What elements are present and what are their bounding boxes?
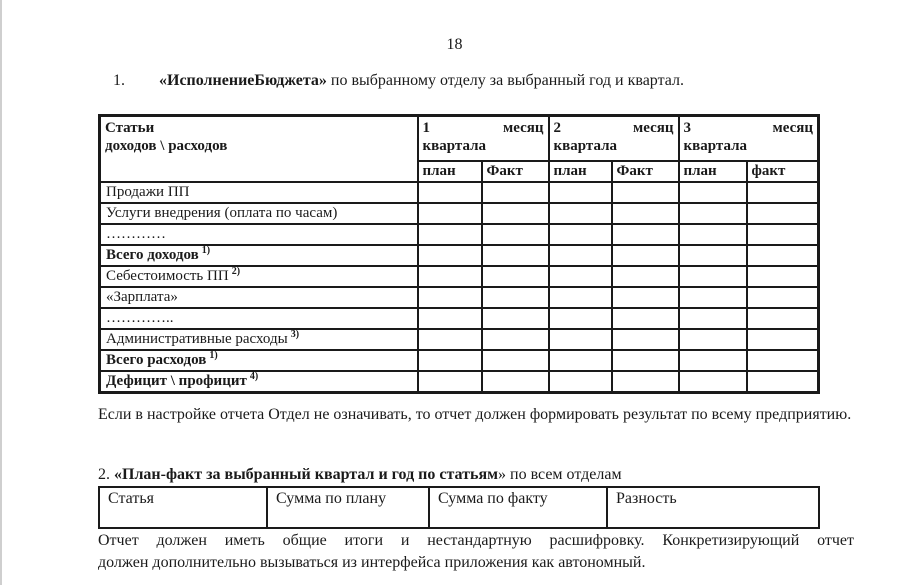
value-cell	[482, 308, 549, 329]
value-cell	[418, 350, 482, 371]
value-cell	[549, 308, 612, 329]
value-cell	[612, 203, 679, 224]
page-edge	[0, 0, 2, 585]
value-cell	[549, 224, 612, 245]
value-cell	[418, 371, 482, 393]
month-2-word: месяц	[633, 119, 673, 137]
value-cell	[747, 329, 819, 350]
table-row: Дефицит \ профицит4)	[100, 371, 819, 393]
value-cell	[418, 266, 482, 287]
value-cell	[679, 308, 747, 329]
section1-number: 1.	[113, 72, 159, 90]
row-label: Всего доходов1)	[100, 245, 418, 266]
table-row: …………..	[100, 308, 819, 329]
header-m1-plan: план	[418, 161, 482, 182]
value-cell	[747, 287, 819, 308]
footnote-marker: 3)	[291, 329, 299, 340]
value-cell	[679, 203, 747, 224]
value-cell	[747, 224, 819, 245]
table-row: …………	[100, 224, 819, 245]
table-row: Услуги внедрения (оплата по часам)	[100, 203, 819, 224]
value-cell	[482, 224, 549, 245]
value-cell	[747, 371, 819, 393]
table-row: Административные расходы3)	[100, 329, 819, 350]
value-cell	[549, 329, 612, 350]
value-cell	[418, 203, 482, 224]
month-1-word: месяц	[503, 119, 543, 137]
footnote-marker: 1)	[209, 350, 217, 361]
header-m1-fact: Факт	[482, 161, 549, 182]
value-cell	[747, 266, 819, 287]
value-cell	[747, 308, 819, 329]
value-cell	[549, 245, 612, 266]
value-cell	[679, 371, 747, 393]
section1-note: Если в настройке отчета Отдел не означив…	[98, 404, 858, 426]
value-cell	[482, 371, 549, 393]
section2-note-line1: Отчет должен иметь общие итоги и нестанд…	[98, 530, 854, 552]
value-cell	[747, 203, 819, 224]
value-cell	[679, 224, 747, 245]
section1-title-bold: «ИсполнениеБюджета»	[159, 72, 327, 89]
value-cell	[549, 287, 612, 308]
row-label-text: Продажи ПП	[106, 184, 190, 200]
value-cell	[679, 245, 747, 266]
month-3-num: 3	[684, 119, 692, 137]
header-m3-plan: план	[679, 161, 747, 182]
section2-title-rest: » по всем отделам	[498, 466, 622, 483]
row-label: Услуги внедрения (оплата по часам)	[100, 203, 418, 224]
header-items: Статьи доходов \ расходов	[100, 116, 418, 183]
row-label: Продажи ПП	[100, 182, 418, 203]
row-label: «Зарплата»	[100, 287, 418, 308]
row-label-text: Административные расходы	[106, 331, 288, 347]
month-3-word: месяц	[773, 119, 813, 137]
value-cell	[482, 245, 549, 266]
value-cell	[482, 287, 549, 308]
value-cell	[549, 266, 612, 287]
value-cell	[549, 203, 612, 224]
value-cell	[747, 182, 819, 203]
value-cell	[482, 350, 549, 371]
header-fact-sum: Сумма по факту	[429, 487, 607, 528]
value-cell	[482, 329, 549, 350]
header-month-1: 1месяц квартала	[418, 116, 549, 161]
value-cell	[482, 266, 549, 287]
page-number: 18	[0, 36, 909, 54]
row-label-text: Услуги внедрения (оплата по часам)	[106, 205, 337, 221]
header-month-3: 3месяц квартала	[679, 116, 819, 161]
row-label: Дефицит \ профицит4)	[100, 371, 418, 393]
header-items-line1: Статьи	[105, 119, 413, 137]
month-1-num: 1	[423, 119, 431, 137]
value-cell	[747, 350, 819, 371]
section2-note-line2: должен дополнительно вызываться из интер…	[98, 552, 854, 574]
table-row: Продажи ПП	[100, 182, 819, 203]
value-cell	[418, 329, 482, 350]
table-row: «Зарплата»	[100, 287, 819, 308]
row-label-text: …………..	[106, 310, 174, 326]
value-cell	[612, 371, 679, 393]
value-cell	[679, 182, 747, 203]
section2-number: 2.	[98, 466, 114, 483]
section2-note: Отчет должен иметь общие итоги и нестанд…	[98, 530, 854, 574]
row-label: Себестоимость ПП2)	[100, 266, 418, 287]
row-label-text: Всего расходов	[106, 352, 206, 368]
plan-fact-table: Статья Сумма по плану Сумма по факту Раз…	[98, 486, 820, 529]
header-article: Статья	[99, 487, 267, 528]
table-row: Всего доходов1)	[100, 245, 819, 266]
row-label: …………..	[100, 308, 418, 329]
value-cell	[612, 245, 679, 266]
header-m3-fact: факт	[747, 161, 819, 182]
month-3-line2: квартала	[684, 137, 814, 155]
footnote-marker: 2)	[232, 266, 240, 277]
value-cell	[679, 329, 747, 350]
value-cell	[612, 308, 679, 329]
value-cell	[418, 308, 482, 329]
section1-title-rest: по выбранному отделу за выбранный год и …	[327, 72, 684, 89]
header-m2-fact: Факт	[612, 161, 679, 182]
table-row: Всего расходов1)	[100, 350, 819, 371]
footnote-marker: 4)	[250, 371, 258, 382]
header-plan-sum: Сумма по плану	[267, 487, 429, 528]
header-m2-plan: план	[549, 161, 612, 182]
row-label-text: …………	[106, 226, 166, 242]
value-cell	[679, 350, 747, 371]
value-cell	[418, 245, 482, 266]
header-items-line2: доходов \ расходов	[105, 137, 413, 155]
row-label-text: Всего доходов	[106, 247, 199, 263]
budget-execution-table: Статьи доходов \ расходов 1месяц квартал…	[98, 114, 820, 394]
value-cell	[612, 287, 679, 308]
value-cell	[549, 371, 612, 393]
row-label: …………	[100, 224, 418, 245]
row-label: Административные расходы3)	[100, 329, 418, 350]
row-label: Всего расходов1)	[100, 350, 418, 371]
value-cell	[679, 287, 747, 308]
month-2-num: 2	[554, 119, 562, 137]
value-cell	[612, 266, 679, 287]
value-cell	[612, 350, 679, 371]
table-row: Себестоимость ПП2)	[100, 266, 819, 287]
section1-heading: 1.«ИсполнениеБюджета» по выбранному отде…	[113, 72, 684, 90]
value-cell	[482, 182, 549, 203]
value-cell	[482, 203, 549, 224]
month-1-line2: квартала	[423, 137, 544, 155]
value-cell	[549, 182, 612, 203]
value-cell	[418, 287, 482, 308]
row-label-text: Дефицит \ профицит	[106, 373, 247, 389]
value-cell	[612, 329, 679, 350]
budget-table-body: Продажи ППУслуги внедрения (оплата по ча…	[100, 182, 819, 393]
row-label-text: «Зарплата»	[106, 289, 178, 305]
section2-title-bold: «План-факт за выбранный квартал и год по…	[114, 466, 498, 483]
value-cell	[612, 182, 679, 203]
header-difference: Разность	[607, 487, 819, 528]
month-2-line2: квартала	[554, 137, 674, 155]
value-cell	[747, 245, 819, 266]
header-month-2: 2месяц квартала	[549, 116, 679, 161]
value-cell	[418, 182, 482, 203]
value-cell	[679, 266, 747, 287]
section2-heading: 2. «План-факт за выбранный квартал и год…	[98, 466, 622, 484]
value-cell	[549, 350, 612, 371]
value-cell	[418, 224, 482, 245]
footnote-marker: 1)	[202, 245, 210, 256]
row-label-text: Себестоимость ПП	[106, 268, 229, 284]
value-cell	[612, 224, 679, 245]
